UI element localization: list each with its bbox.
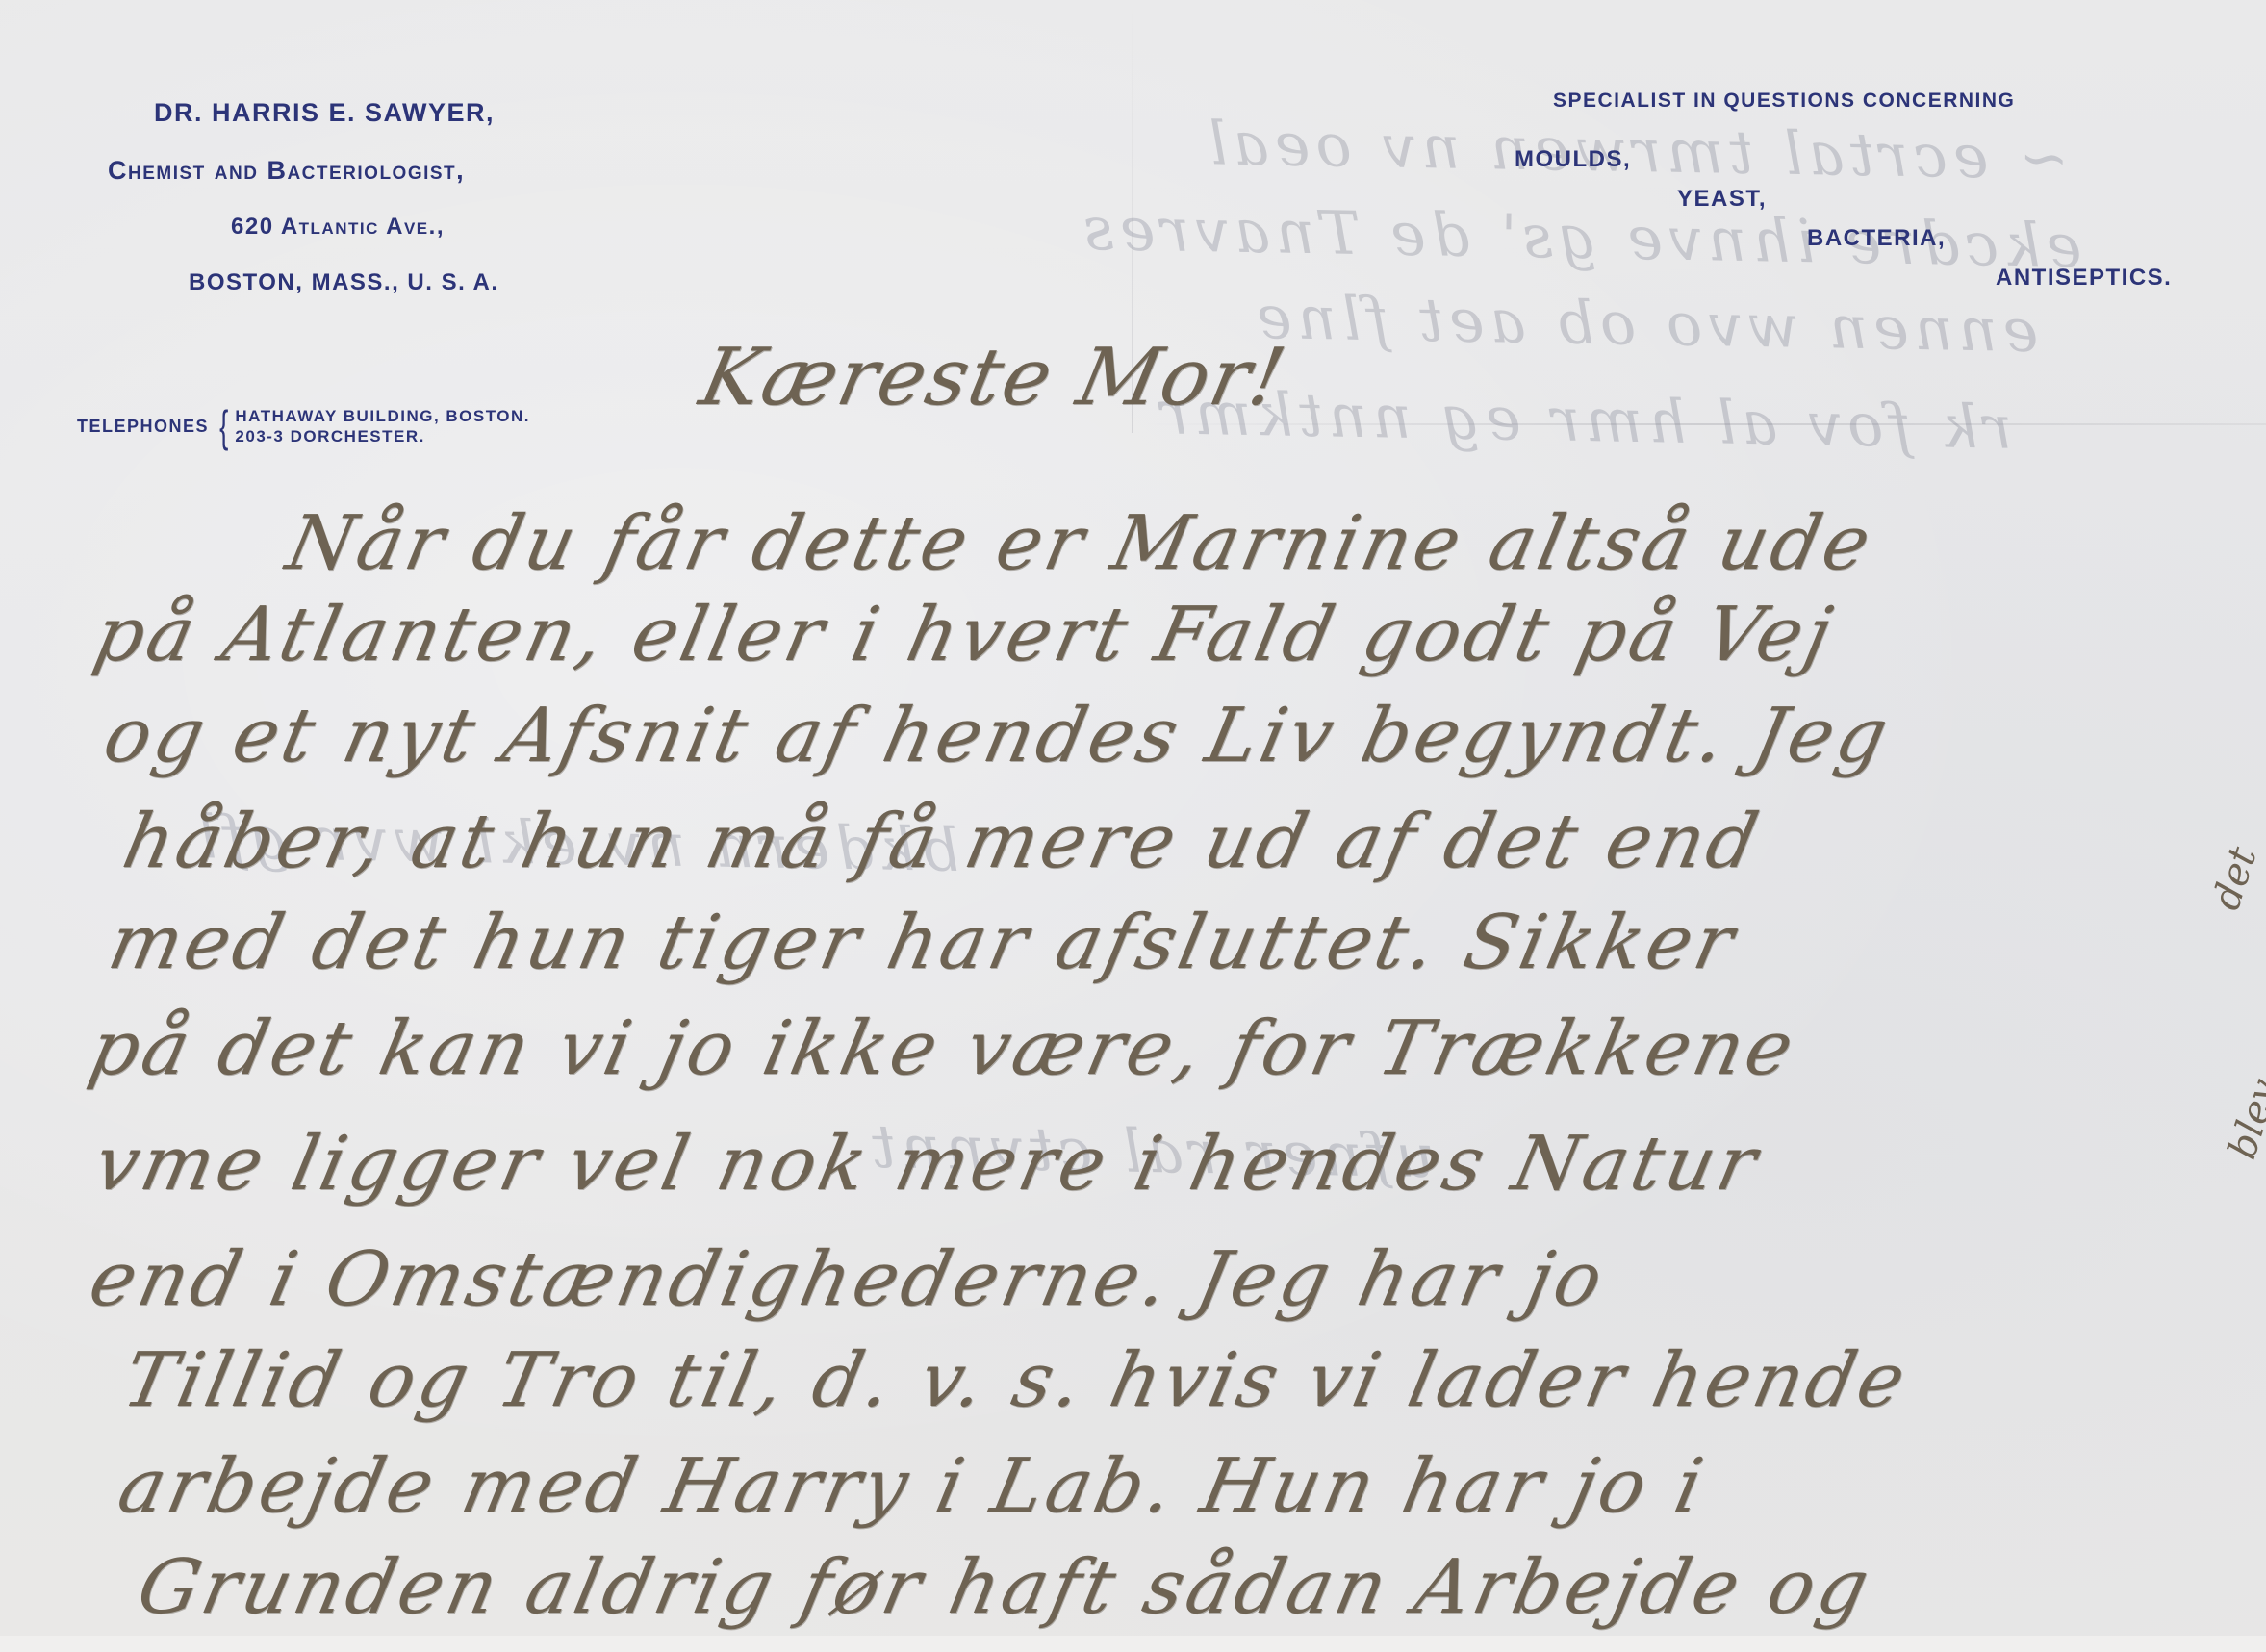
letter-line: Tillid og Tro til, d. v. s. hvis vi lade…	[115, 1337, 1916, 1424]
bleed-through-text: rk fov al hmr eg nntkmr	[1154, 377, 2012, 463]
letter-page: ~ ecrtal tmrwen nv oeal ekcdre ihnve gs'…	[0, 0, 2266, 1636]
letter-line: og et nyt Afsnit af hendes Liv begyndt. …	[96, 693, 1898, 779]
letterhead-telephones: TELEPHONES { HATHAWAY BUILDING, BOSTON. …	[77, 404, 530, 448]
letterhead-name: DR. HARRIS E. SAWYER,	[154, 98, 495, 128]
letterhead-address: 620 Atlantic Ave.,	[231, 214, 445, 241]
letter-line: på det kan vi jo ikke være, for Trækkene	[82, 1005, 1804, 1092]
letterhead-title: Chemist and Bacteriologist,	[108, 156, 465, 186]
letter-line: Når du får dette er Marnine altså ude	[279, 500, 1881, 587]
margin-note: det	[2204, 842, 2266, 915]
bleed-through-text: ennen wvo ob aet flne	[1250, 282, 2039, 366]
letterhead-city: BOSTON, MASS., U. S. A.	[189, 269, 499, 296]
letter-line: end i Omstændighederne. Jeg har jo	[82, 1236, 1614, 1323]
letter-salutation: Kæreste Mor!	[693, 332, 1294, 423]
letter-line: med det hun tiger har afsluttet. Sikker	[101, 900, 1744, 986]
letter-line: håber, at hun må få mere ud af det end	[115, 799, 1769, 885]
telephone-line: 203-3 DORCHESTER.	[235, 426, 530, 446]
specialty-moulds: MOULDS,	[1515, 146, 1631, 173]
specialty-antiseptics: ANTISEPTICS.	[1996, 265, 2172, 292]
margin-note: blev	[2220, 1074, 2266, 1165]
brace-icon: {	[219, 404, 228, 448]
telephones-label: TELEPHONES	[77, 417, 209, 437]
bleed-through-text: ~ ecrtal tmrwen nv oeal	[1202, 108, 2069, 193]
telephone-line: HATHAWAY BUILDING, BOSTON.	[235, 406, 530, 426]
letterhead-specialist-heading: SPECIALIST IN QUESTIONS CONCERNING	[1553, 89, 2015, 113]
specialty-yeast: YEAST,	[1677, 186, 1767, 213]
letter-line: på Atlanten, eller i hvert Fald godt på …	[87, 592, 1842, 678]
specialty-bacteria: BACTERIA,	[1807, 225, 1946, 252]
letter-line: Grunden aldrig før haft sådan Arbejde og	[130, 1544, 1879, 1631]
letter-line: vme ligger vel nok mere i hendes Natur	[87, 1121, 1768, 1207]
letter-line: arbejde med Harry i Lab. Hun har jo i	[111, 1443, 1713, 1530]
